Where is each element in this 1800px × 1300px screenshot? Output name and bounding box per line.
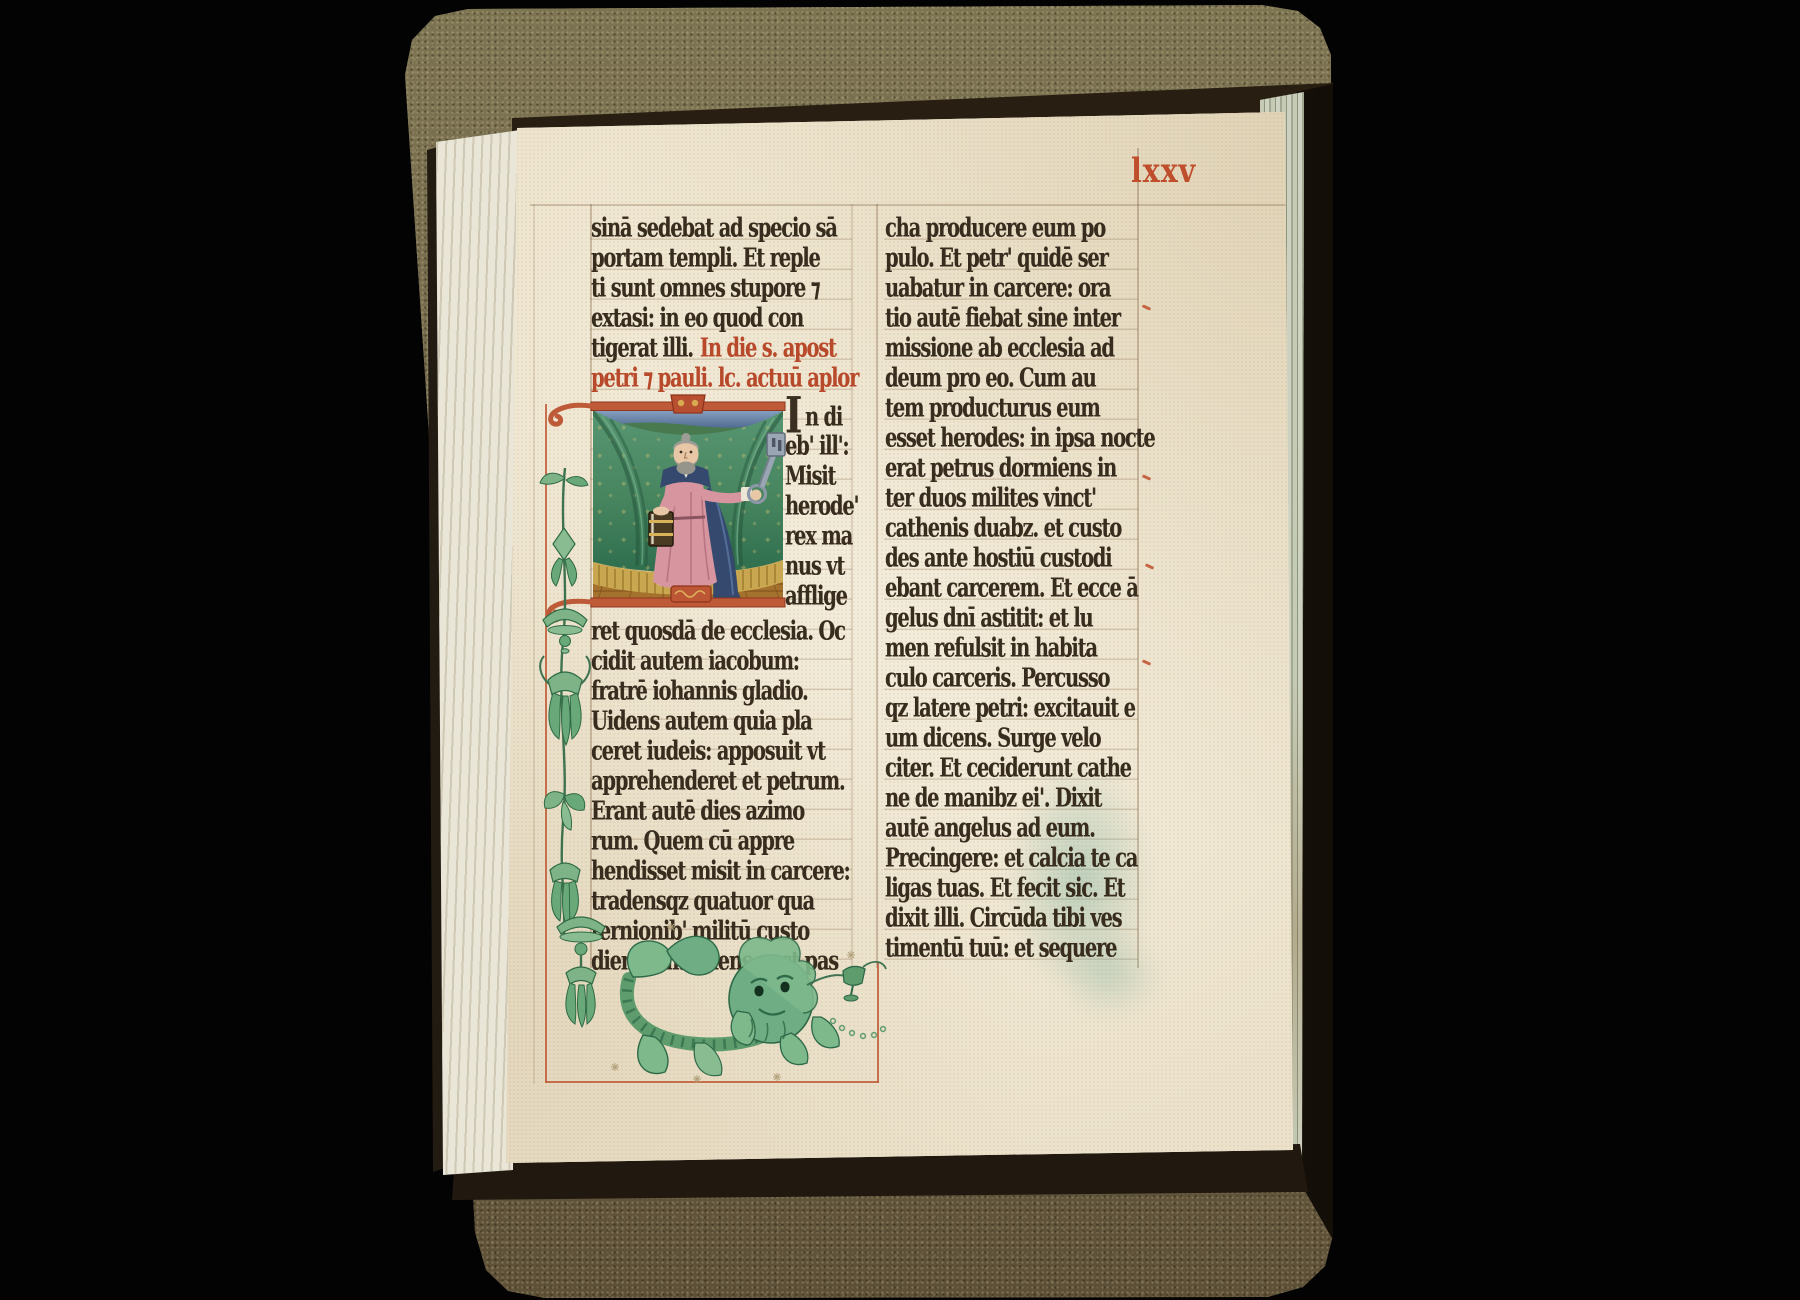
- manuscript-photo: lxxv sinā sedebat ad specio sā portam te…: [0, 0, 1800, 1300]
- canopy-motif: [543, 609, 587, 653]
- pedestal: [671, 586, 711, 602]
- goblet-spray: [807, 962, 886, 1048]
- top-ruling: [530, 204, 1288, 206]
- left-column-top: sinā sedebat ad specio sā portam templi.…: [591, 213, 895, 393]
- right-column: cha producere eum po pulo. Et petr' quid…: [885, 213, 1191, 963]
- parchment-page: lxxv sinā sedebat ad specio sā portam te…: [0, 0, 1800, 1300]
- bead-chain: [831, 1019, 886, 1039]
- crest: [671, 395, 705, 413]
- flourish-top-left: [551, 405, 591, 424]
- grotesque-ornament: [545, 915, 890, 1100]
- leaf-cluster: [544, 792, 584, 830]
- text-segment-black: tigerat illi.: [591, 333, 693, 364]
- rubric-segment: In die s. apost: [700, 333, 836, 364]
- rubric-line: petri ⁊ pauli. lc. actuū aplor: [591, 360, 858, 395]
- hanging-canopy-flower: [557, 917, 605, 1027]
- book-icon: [649, 507, 673, 547]
- vine-border: [535, 462, 599, 940]
- text-line: timentū tuū: et sequere: [885, 930, 1155, 965]
- left-column-beside-miniature: In di eb' ill': Misit herode' rex ma nus…: [785, 401, 868, 611]
- bellflower-motif: [540, 656, 590, 745]
- hand: [751, 490, 762, 501]
- text-line: afflige: [785, 578, 858, 613]
- folio-number: lxxv: [1131, 152, 1196, 191]
